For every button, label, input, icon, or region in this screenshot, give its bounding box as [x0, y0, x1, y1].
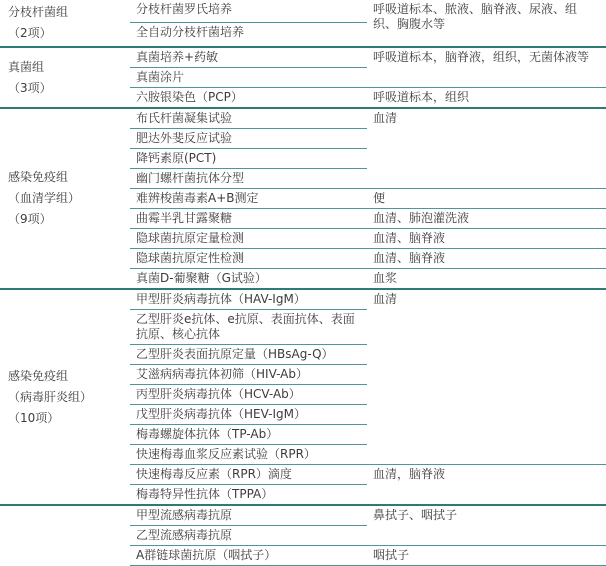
- test-name-cell: 甲型肝炎病毒抗体（HAV-IgM）: [130, 289, 367, 310]
- table-row: 真菌组（3项）真菌培养+药敏呼吸道标本，脑脊液，组织，无菌体液等: [0, 47, 606, 68]
- table-row: 感染免疫组（血清学组）（9项）布氏杆菌凝集试验血清: [0, 108, 606, 129]
- specimen-cell: 血清、肺泡灌洗液: [367, 209, 606, 229]
- test-name-cell: 全自动分枝杆菌培养: [130, 23, 367, 47]
- test-name-cell: 真菌培养+药敏: [130, 47, 367, 68]
- test-name-cell: 难辨梭菌毒素A+B测定: [130, 189, 367, 209]
- group-label: 分枝杆菌组: [8, 2, 124, 23]
- lab-test-table: 分枝杆菌组（2项）分枝杆菌罗氏培养呼吸道标本、脓液、脑脊液、尿液、组织、胸腹水等…: [0, 0, 606, 566]
- test-name-cell: 乙型肝炎表面抗原定量（HBsAg-Q）: [130, 345, 367, 365]
- test-name-cell: 梅毒螺旋体抗体（TP-Ab）: [130, 425, 367, 445]
- specimen-cell: 便: [367, 189, 606, 209]
- test-name-cell: 布氏杆菌凝集试验: [130, 108, 367, 129]
- group-label: 感染免疫组: [8, 167, 124, 188]
- group-label: （2项）: [8, 23, 124, 44]
- test-name-cell: 分枝杆菌罗氏培养: [130, 0, 367, 23]
- test-name-cell: 戊型肝炎病毒抗体（HEV-IgM）: [130, 405, 367, 425]
- specimen-cell: 呼吸道标本，组织: [367, 88, 606, 109]
- test-name-cell: A群链球菌抗原（咽拭子）: [130, 546, 367, 566]
- group-label: （3项）: [8, 78, 124, 99]
- test-name-cell: 艾滋病病毒抗体初筛（HIV-Ab）: [130, 365, 367, 385]
- specimen-cell: 血清，脑脊液: [367, 465, 606, 506]
- group-label-cell: [0, 505, 130, 566]
- lab-test-catalog-page: 分枝杆菌组（2项）分枝杆菌罗氏培养呼吸道标本、脓液、脑脊液、尿液、组织、胸腹水等…: [0, 0, 606, 566]
- test-name-cell: 降钙素原(PCT): [130, 149, 367, 169]
- specimen-cell: 鼻拭子、咽拭子: [367, 505, 606, 546]
- test-name-cell: 乙型流感病毒抗原: [130, 526, 367, 546]
- test-name-cell: 丙型肝炎病毒抗体（HCV-Ab）: [130, 385, 367, 405]
- test-name-cell: 甲型流感病毒抗原: [130, 505, 367, 526]
- test-name-cell: 真菌涂片: [130, 68, 367, 88]
- group-label-cell: 真菌组（3项）: [0, 47, 130, 108]
- group-label: （血清学组）: [8, 188, 124, 209]
- test-name-cell: 梅毒特异性抗体（TPPA）: [130, 485, 367, 506]
- specimen-cell: 血清、脑脊液: [367, 229, 606, 249]
- specimen-cell: 血清: [367, 108, 606, 189]
- group-label: （10项）: [8, 408, 124, 429]
- group-label: 真菌组: [8, 57, 124, 78]
- group-label-cell: 分枝杆菌组（2项）: [0, 0, 130, 47]
- table-row: 分枝杆菌组（2项）分枝杆菌罗氏培养呼吸道标本、脓液、脑脊液、尿液、组织、胸腹水等: [0, 0, 606, 23]
- table-row: 甲型流感病毒抗原鼻拭子、咽拭子: [0, 505, 606, 526]
- specimen-cell: 血清、脑脊液: [367, 249, 606, 269]
- specimen-cell: 血浆: [367, 269, 606, 290]
- group-label: （病毒肝炎组）: [8, 387, 124, 408]
- test-name-cell: 快速梅毒反应素（RPR）滴度: [130, 465, 367, 485]
- test-name-cell: 幽门螺杆菌抗体分型: [130, 169, 367, 189]
- group-label-cell: 感染免疫组（血清学组）（9项）: [0, 108, 130, 289]
- test-name-cell: 乙型肝炎e抗体、e抗原、表面抗体、表面抗原、核心抗体: [130, 310, 367, 345]
- specimen-cell: 呼吸道标本、脓液、脑脊液、尿液、组织、胸腹水等: [367, 0, 606, 47]
- specimen-cell: 血清: [367, 289, 606, 465]
- group-label: 感染免疫组: [8, 366, 124, 387]
- test-name-cell: 隐球菌抗原定性检测: [130, 249, 367, 269]
- table-row: 感染免疫组（病毒肝炎组）（10项）甲型肝炎病毒抗体（HAV-IgM）血清: [0, 289, 606, 310]
- test-name-cell: 肥达外斐反应试验: [130, 129, 367, 149]
- test-name-cell: 隐球菌抗原定量检测: [130, 229, 367, 249]
- group-label-cell: 感染免疫组（病毒肝炎组）（10项）: [0, 289, 130, 505]
- test-name-cell: 快速梅毒血浆反应素试验（RPR）: [130, 445, 367, 465]
- test-name-cell: 曲霉半乳甘露聚糖: [130, 209, 367, 229]
- specimen-cell: 咽拭子: [367, 546, 606, 566]
- specimen-cell: 呼吸道标本，脑脊液，组织，无菌体液等: [367, 47, 606, 88]
- test-name-cell: 六胺银染色（PCP）: [130, 88, 367, 109]
- group-label: （9项）: [8, 209, 124, 230]
- test-name-cell: 真菌D-葡聚糖（G试验）: [130, 269, 367, 290]
